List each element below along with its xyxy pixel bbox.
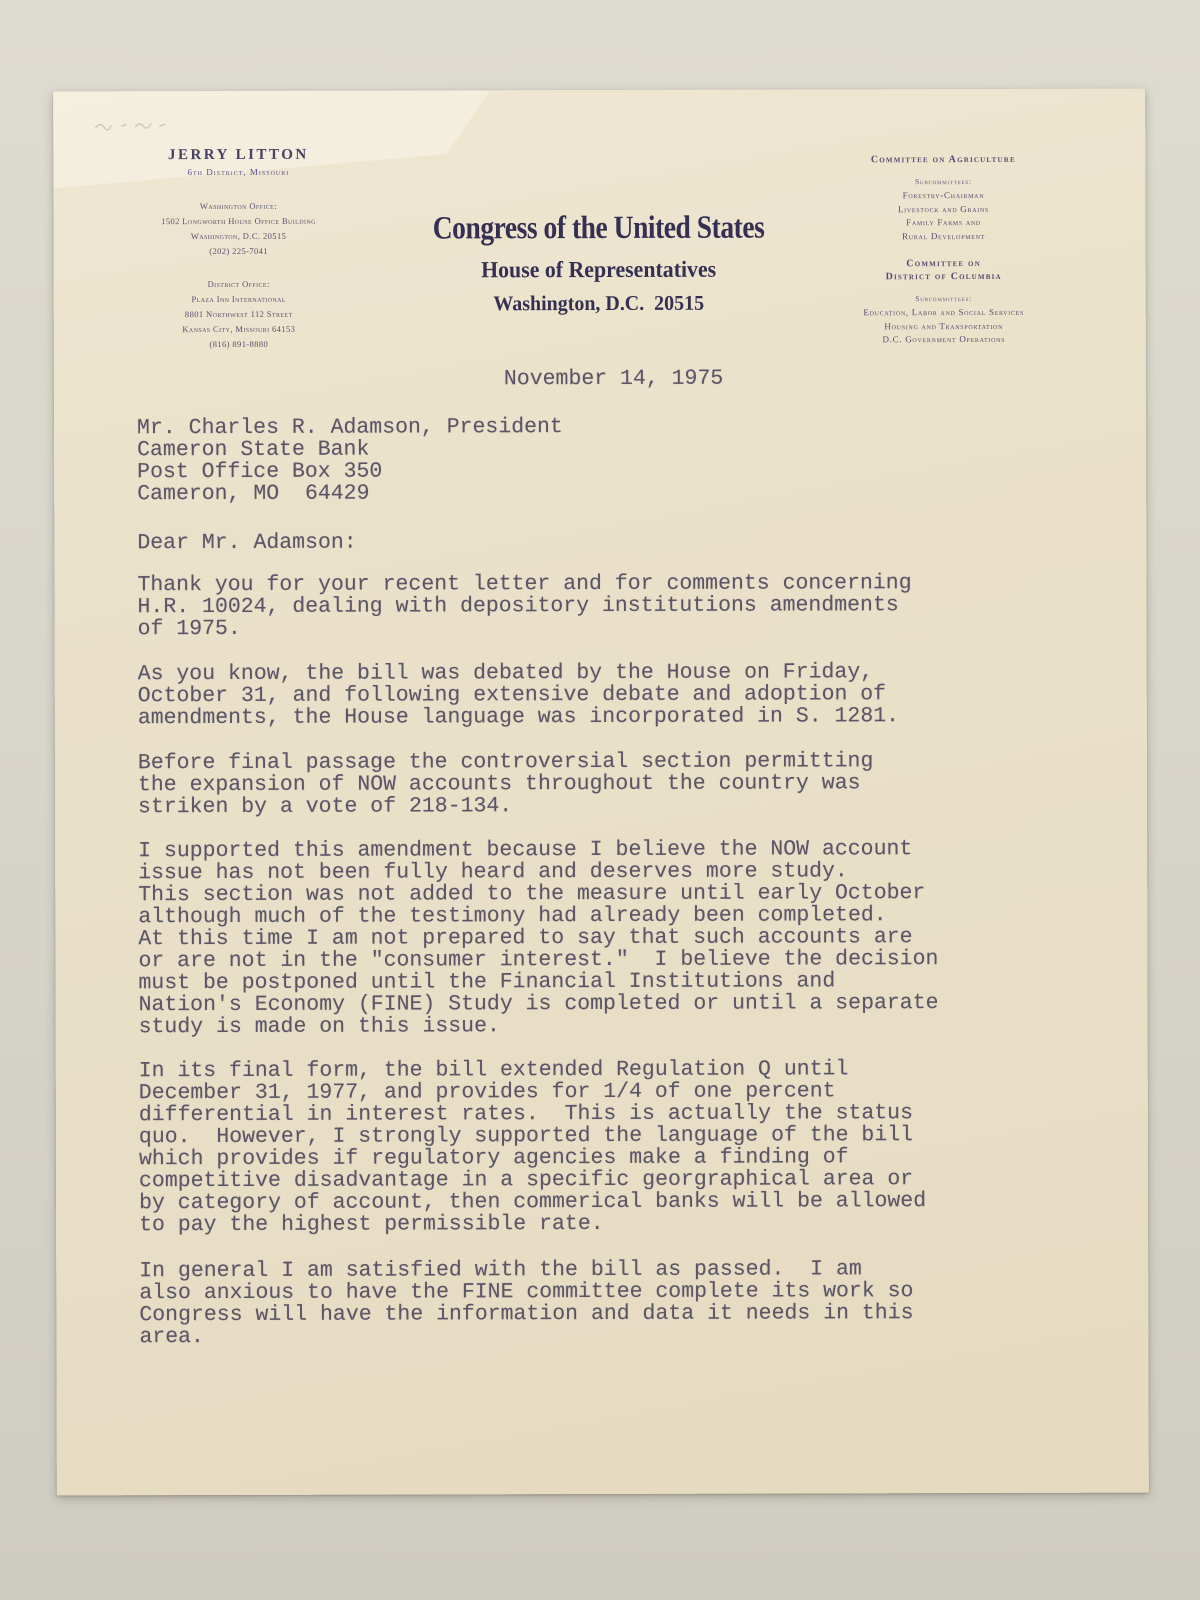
subcommittees-label-2: Subcommittees: — [744, 294, 1144, 304]
committee-district-of-columbia: Committee on District of Columbia — [744, 257, 1144, 284]
subcommittees-label-1: Subcommittees: — [743, 177, 1143, 187]
letter-paragraph: Thank you for your recent letter and for… — [137, 572, 911, 640]
letterhead-right: Committee on Agriculture Subcommittees: … — [743, 153, 1144, 348]
letter-paper: JERRY LITTON 6th District, Missouri Wash… — [53, 89, 1149, 1496]
salutation: Dear Mr. Adamson: — [137, 532, 356, 555]
member-district: 6th District, Missouri — [83, 167, 393, 178]
letter-date: November 14, 1975 — [504, 368, 723, 391]
subcommittees-list-1: Forestry-Chairman Livestock and Grains F… — [743, 189, 1143, 244]
letter-paragraph: In general I am satisfied with the bill … — [139, 1258, 913, 1348]
letter-paragraph: As you know, the bill was debated by the… — [138, 661, 899, 729]
letter-paragraph: Before final passage the controversial s… — [138, 750, 874, 818]
pencil-mark-icon — [89, 113, 185, 139]
letter-paragraph: I supported this amendment because I bel… — [138, 838, 938, 1038]
committee-agriculture: Committee on Agriculture — [743, 153, 1143, 167]
letter-paragraph: In its final form, the bill extended Reg… — [139, 1058, 926, 1236]
member-name: JERRY LITTON — [83, 147, 393, 165]
subcommittees-list-2: Education, Labor and Social Services Hou… — [744, 306, 1144, 348]
recipient-address: Mr. Charles R. Adamson, President Camero… — [137, 416, 563, 505]
